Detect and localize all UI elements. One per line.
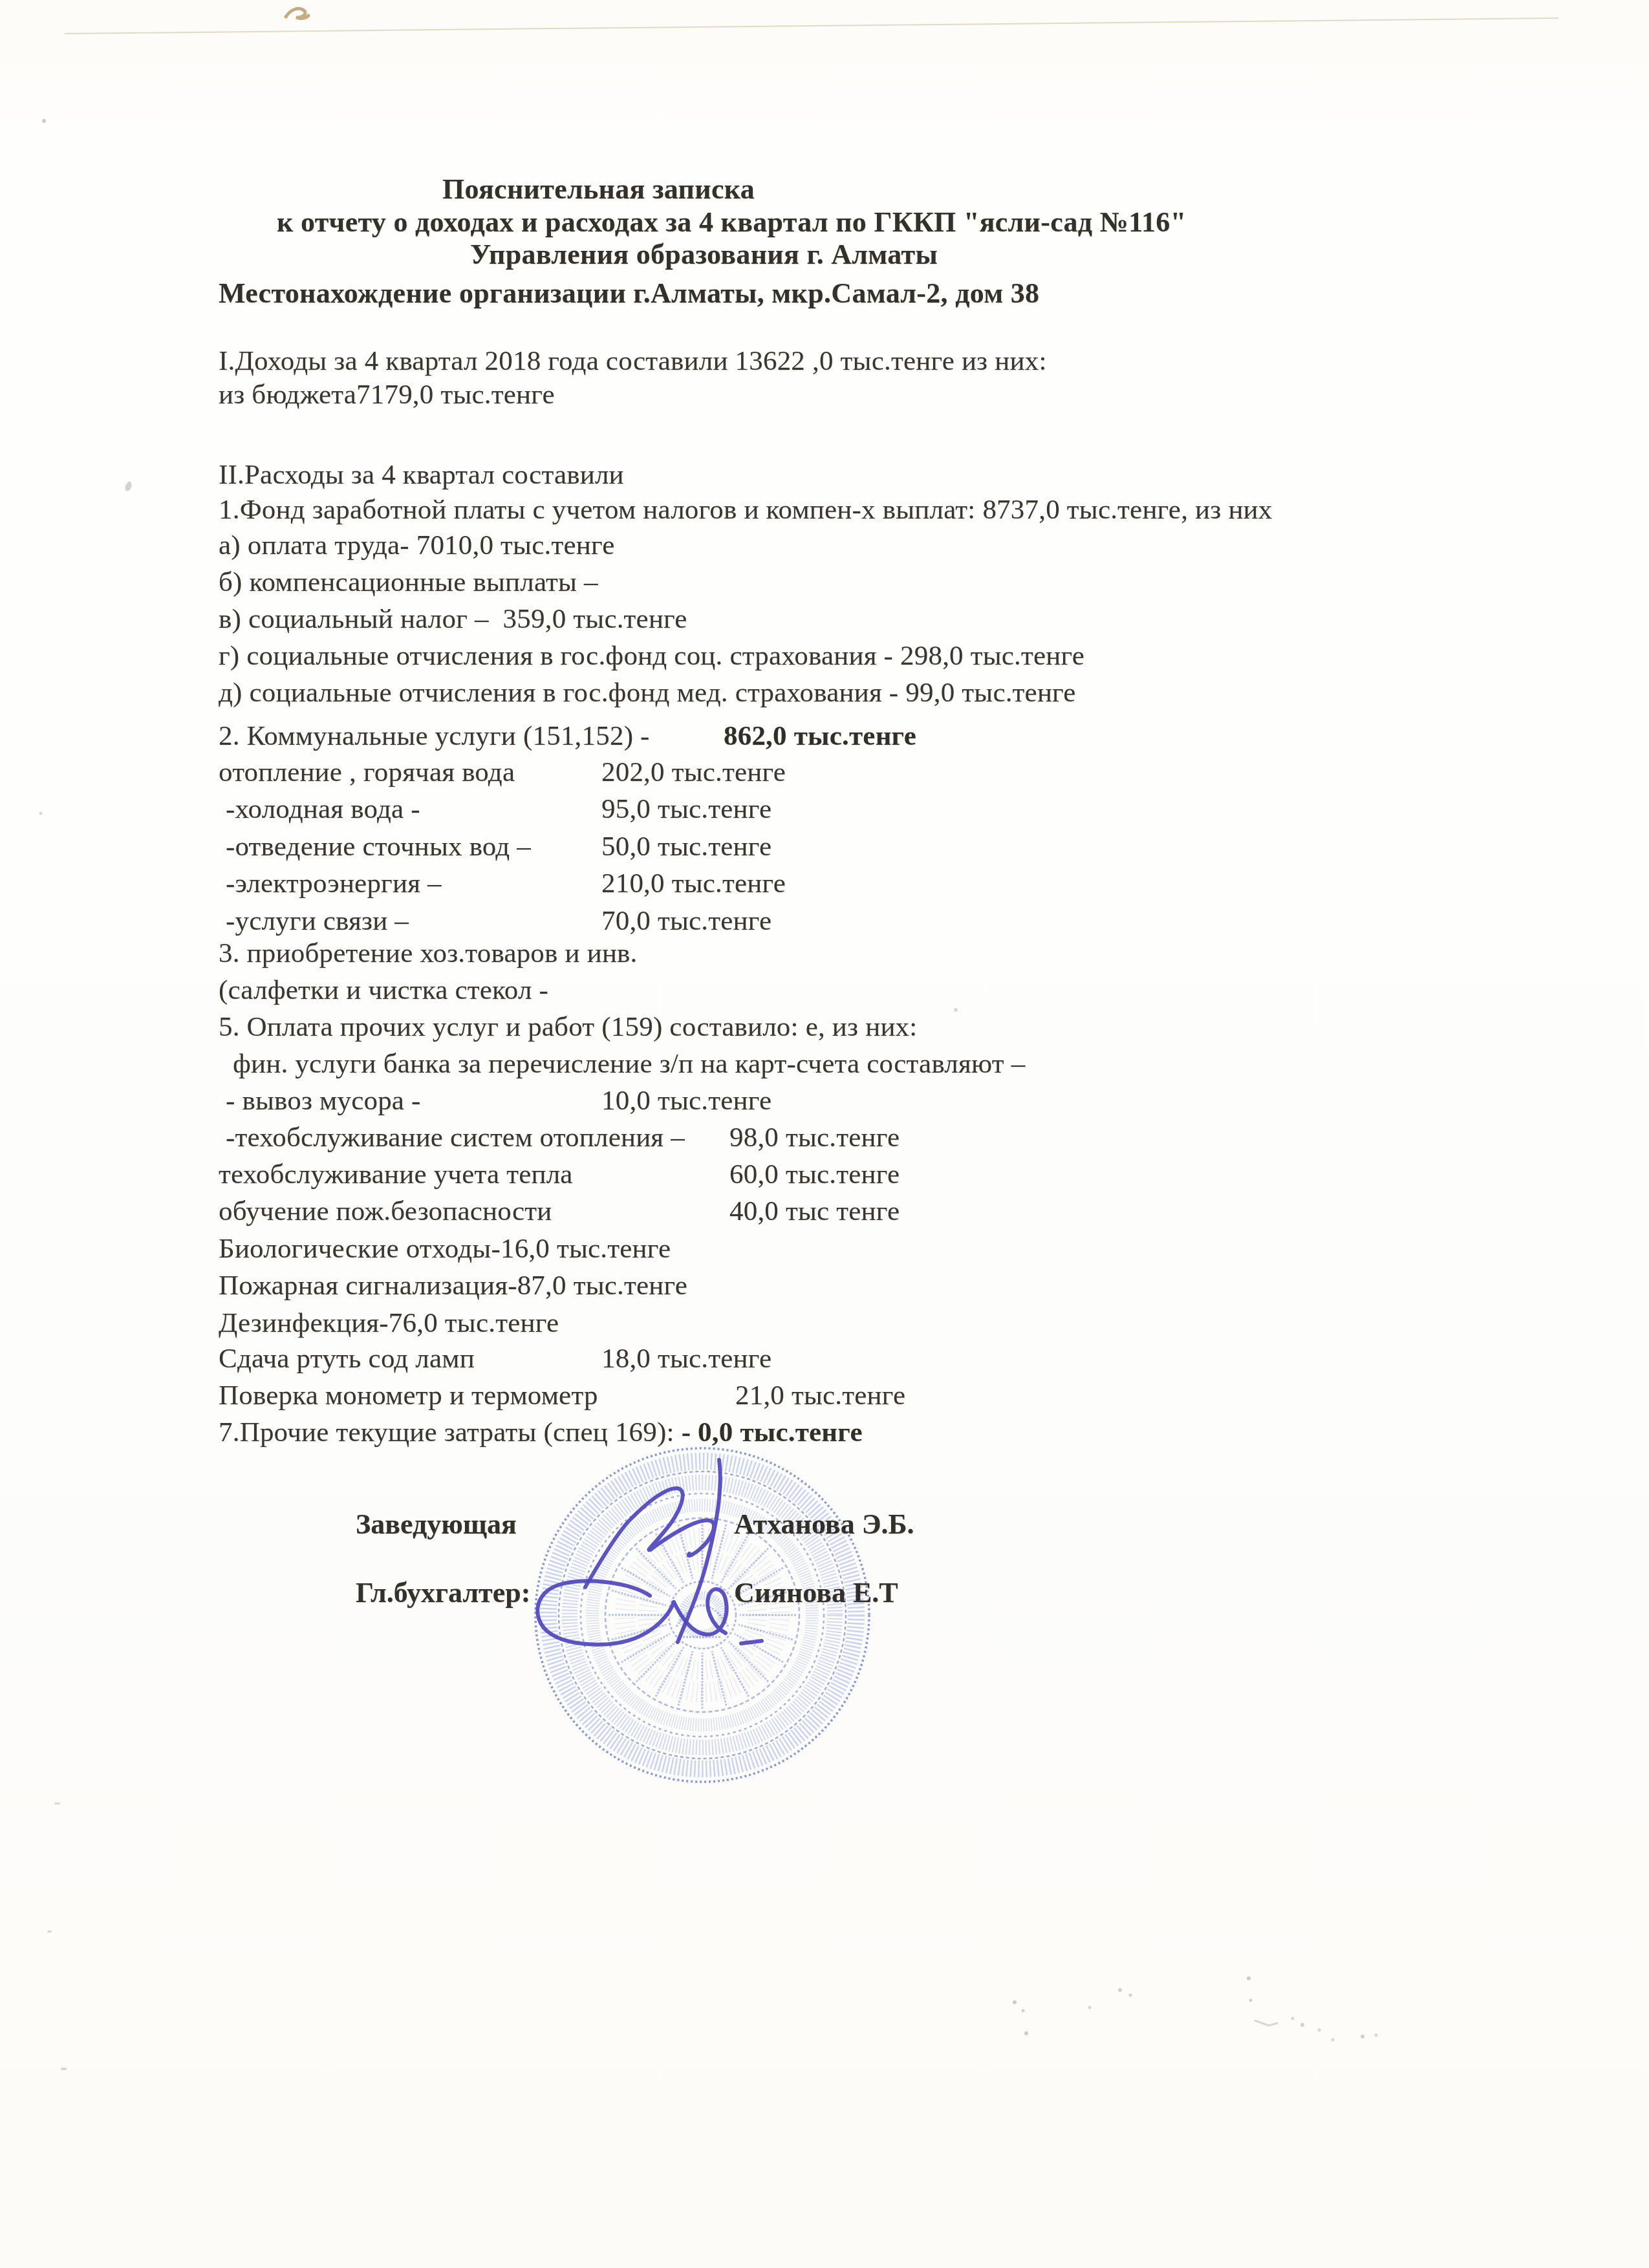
- line-text: б) компенсационные выплаты –: [219, 567, 598, 597]
- line-text: -отведение сточных вод –: [219, 831, 531, 862]
- document-line: -отведение сточных вод –50,0 тыс.тенге: [219, 831, 531, 862]
- amount-value: 40,0 тыс тенге: [729, 1195, 900, 1227]
- line-text: 1.Фонд заработной платы с учетом налогов…: [219, 495, 1273, 525]
- document-line: I.Доходы за 4 квартал 2018 года составил…: [219, 345, 1047, 377]
- line-text: Пожарная сигнализация-87,0 тыс.тенге: [219, 1270, 687, 1301]
- document-line: Биологические отходы-16,0 тыс.тенге: [219, 1233, 671, 1265]
- document-line: фин. услуги банка за перечисление з/п на…: [219, 1048, 1025, 1080]
- line-text: -услуги связи –: [219, 906, 409, 936]
- stamp-center-emblem: [669, 1581, 736, 1649]
- document-line: II.Расходы за 4 квартал составили: [219, 459, 624, 491]
- scan-hairline: [65, 18, 1558, 34]
- document-line: Поверка монометр и термометр21,0 тыс.тен…: [219, 1380, 598, 1411]
- amount-value: 21,0 тыс.тенге: [735, 1380, 905, 1411]
- amount-value: - 0,0 тыс.тенге: [682, 1417, 863, 1448]
- accountant-signature: [537, 1581, 762, 1644]
- doc-title-line-3: Управления образования г. Алматы: [470, 238, 938, 271]
- document-line: из бюджета7179,0 тыс.тенге: [219, 379, 555, 411]
- amount-value: 210,0 тыс.тенге: [601, 868, 786, 899]
- line-text: Дезинфекция-76,0 тыс.тенге: [219, 1308, 559, 1338]
- document-line: Пожарная сигнализация-87,0 тыс.тенге: [219, 1270, 687, 1301]
- document-line: -холодная вода -95,0 тыс.тенге: [219, 793, 420, 825]
- line-text: -холодная вода -: [219, 794, 420, 824]
- doc-title-line-2: к отчету о доходах и расходах за 4 кварт…: [277, 206, 1186, 239]
- line-text: Биологические отходы-16,0 тыс.тенге: [219, 1234, 671, 1264]
- signatory-name-director: Атханова Э.Б.: [734, 1508, 914, 1541]
- amount-value: 50,0 тыс.тенге: [601, 831, 771, 862]
- amount-value: 10,0 тыс.тенге: [601, 1085, 771, 1117]
- document-line: техобслуживание учета тепла60,0 тыс.тенг…: [219, 1159, 573, 1190]
- amount-value: 862,0 тыс.тенге: [724, 720, 916, 752]
- document-line: 3. приобретение хоз.товаров и инв.: [219, 937, 638, 969]
- document-line: 5. Оплата прочих услуг и работ (159) сос…: [219, 1011, 917, 1043]
- line-text: II.Расходы за 4 квартал составили: [219, 460, 624, 490]
- document-line: обучение пож.безопасности40,0 тыс тенге: [219, 1195, 552, 1227]
- doc-title-line-4: Местонахождение организации г.Алматы, мк…: [219, 277, 1039, 310]
- document-line: д) социальные отчисления в гос.фонд мед.…: [219, 677, 1076, 709]
- line-text: -электроэнергия –: [219, 868, 442, 899]
- amount-value: 18,0 тыс.тенге: [601, 1343, 771, 1375]
- signatory-name-accountant: Сиянова Е.Т: [734, 1576, 898, 1609]
- line-text: -техобслуживание систем отопления –: [219, 1122, 685, 1153]
- stamp-texture: [625, 1537, 780, 1693]
- line-text: а) оплата труда- 7010,0 тыс.тенге: [219, 530, 614, 561]
- document-line: Сдача ртуть сод ламп18,0 тыс.тенге: [219, 1343, 475, 1375]
- line-text: 5. Оплата прочих услуг и работ (159) сос…: [219, 1012, 917, 1042]
- line-text: - вывоз мусора -: [219, 1086, 421, 1116]
- document-line: б) компенсационные выплаты –: [219, 566, 598, 598]
- document-line: (салфетки и чистка стекол -: [219, 974, 548, 1006]
- line-text: фин. услуги банка за перечисление з/п на…: [219, 1049, 1025, 1079]
- doc-title-line-1: Пояснительная записка: [442, 173, 755, 206]
- document-line: -техобслуживание систем отопления –98,0 …: [219, 1122, 685, 1153]
- line-text: г) социальные отчисления в гос.фонд соц.…: [219, 641, 1084, 671]
- line-text: I.Доходы за 4 квартал 2018 года составил…: [219, 346, 1047, 376]
- document-line: 2. Коммунальные услуги (151,152) -862,0 …: [219, 720, 650, 752]
- line-text: техобслуживание учета тепла: [219, 1159, 573, 1190]
- signatory-role-accountant: Гл.бухгалтер:: [356, 1576, 530, 1609]
- document-line: в) социальный налог – 359,0 тыс.тенге: [219, 603, 687, 635]
- document-line: 1.Фонд заработной платы с учетом налогов…: [219, 494, 1273, 526]
- line-text: отопление , горячая вода: [219, 757, 515, 787]
- ink-smudge: [286, 8, 308, 18]
- amount-value: 70,0 тыс.тенге: [601, 905, 771, 937]
- stamp-rays: [609, 1521, 796, 1709]
- document-line: а) оплата труда- 7010,0 тыс.тенге: [219, 530, 614, 561]
- document-line: -услуги связи –70,0 тыс.тенге: [219, 905, 409, 937]
- amount-value: 95,0 тыс.тенге: [601, 793, 771, 825]
- line-text: в) социальный налог – 359,0 тыс.тенге: [219, 604, 687, 634]
- amount-value: 98,0 тыс.тенге: [729, 1122, 900, 1153]
- line-text: 3. приобретение хоз.товаров и инв.: [219, 938, 638, 968]
- document-line: - вывоз мусора -10,0 тыс.тенге: [219, 1085, 421, 1117]
- director-signature: [585, 1460, 720, 1642]
- document-line: Дезинфекция-76,0 тыс.тенге: [219, 1307, 559, 1339]
- scanned-document-page: Пояснительная записка к отчету о доходах…: [0, 0, 1649, 2268]
- signatory-role-director: Заведующая: [356, 1508, 517, 1541]
- official-stamp: [535, 1448, 869, 1782]
- line-text: 2. Коммунальные услуги (151,152) -: [219, 721, 650, 751]
- document-line: 7.Прочие текущие затраты (спец 169): - 0…: [219, 1417, 863, 1448]
- line-text: 7.Прочие текущие затраты (спец 169):: [219, 1417, 682, 1448]
- line-text: из бюджета7179,0 тыс.тенге: [219, 380, 555, 410]
- document-line: отопление , горячая вода202,0 тыс.тенге: [219, 756, 515, 788]
- line-text: Поверка монометр и термометр: [219, 1380, 598, 1411]
- document-line: г) социальные отчисления в гос.фонд соц.…: [219, 640, 1084, 672]
- amount-value: 202,0 тыс.тенге: [601, 756, 786, 788]
- line-text: д) социальные отчисления в гос.фонд мед.…: [219, 678, 1076, 708]
- line-text: обучение пож.безопасности: [219, 1196, 552, 1226]
- amount-value: 60,0 тыс.тенге: [729, 1159, 900, 1190]
- line-text: Сдача ртуть сод ламп: [219, 1343, 475, 1374]
- line-text: (салфетки и чистка стекол -: [219, 975, 548, 1005]
- document-line: -электроэнергия –210,0 тыс.тенге: [219, 868, 442, 899]
